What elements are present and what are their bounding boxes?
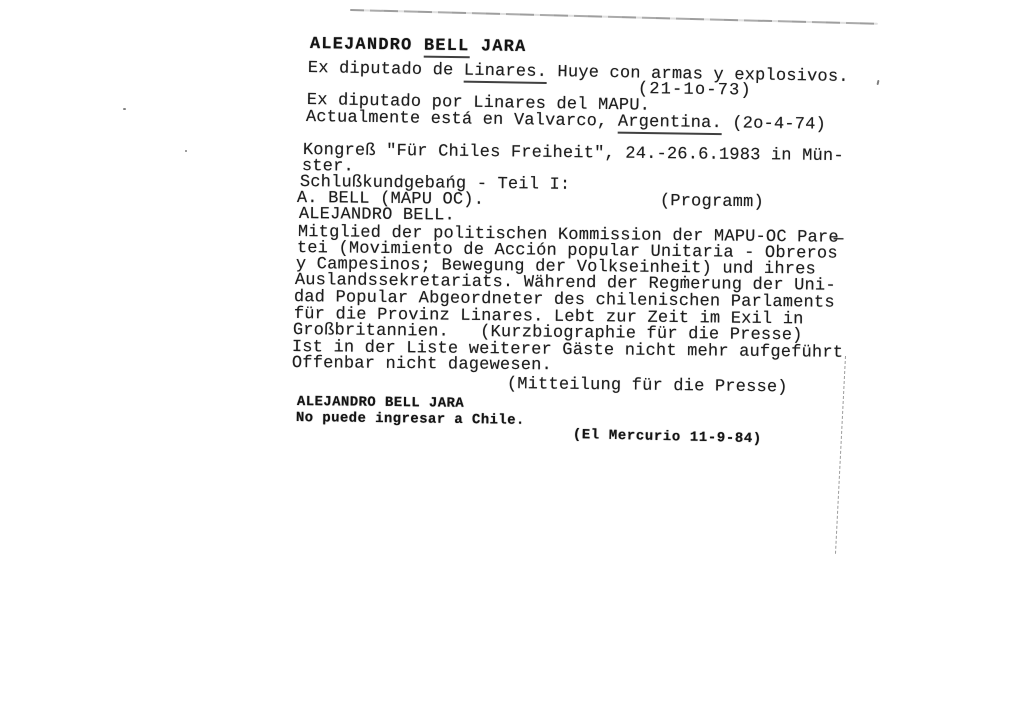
line-kongress: Kongreß "Für Chiles Freiheit", 24.-26.6.… [303, 142, 844, 166]
scanned-document-page: ALEJANDRO BELL JARAEx diputado de Linare… [0, 0, 1012, 717]
underlined-text: BELL [424, 37, 470, 59]
scan-artifact-vertical-dashed-line [835, 356, 846, 554]
underlined-text: Argentina. [618, 113, 722, 136]
underlined-text: Linares. [464, 62, 548, 84]
line-actualmente-argentina: Actualmente está en Valvarco, Argentina.… [306, 109, 826, 135]
line-mitteilung: (Mitteilung für die Presse) [507, 376, 788, 397]
footer-name: ALEJANDRO BELL JARA [297, 395, 464, 411]
line-programm: (Programm) [660, 193, 764, 212]
line-offenbar: Offenbar nicht dagewesen. [292, 355, 552, 375]
line-ex-diputado-de-linares: Ex diputado de Linares. Huye con armas y… [308, 60, 849, 87]
line-no-puede-ingresar: No puede ingresar a Chile. [296, 411, 525, 428]
scan-artifact-speck [877, 80, 880, 85]
line-el-mercurio: (El Mercurio 11-9-84) [573, 428, 762, 447]
scan-artifact-speck [185, 150, 187, 152]
scan-artifact-top-line [350, 9, 878, 25]
scan-artifact-speck [123, 108, 126, 110]
line-date-21-10-73: (21-1o-73) [638, 81, 752, 100]
title-name: ALEJANDRO BELL JARA [310, 36, 527, 57]
